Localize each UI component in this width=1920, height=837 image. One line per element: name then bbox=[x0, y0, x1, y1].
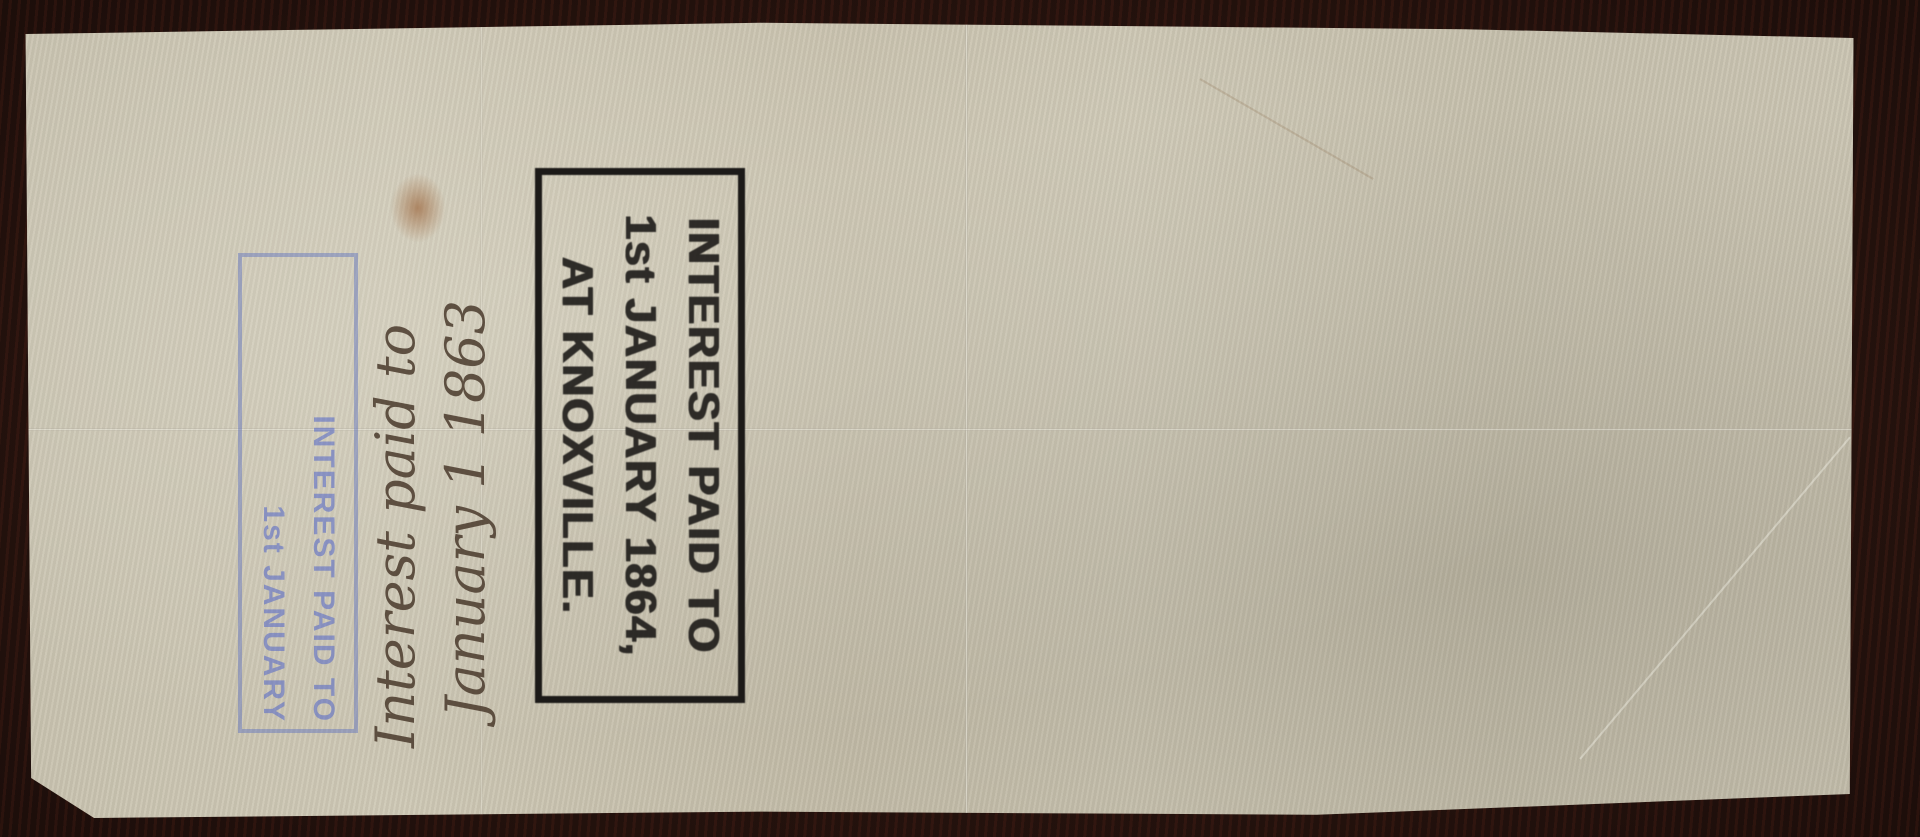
handwriting-line-1: Interest paid to bbox=[364, 158, 427, 758]
paper-note: ​ INTEREST PAID TO 1st JANUARY Interest … bbox=[20, 18, 1872, 818]
vertical-fold-line bbox=[965, 18, 968, 818]
blue-interest-stamp: INTEREST PAID TO 1st JANUARY bbox=[238, 253, 358, 733]
paper-crease bbox=[1200, 78, 1374, 180]
paper-crease bbox=[1579, 437, 1851, 760]
black-interest-stamp: INTEREST PAID TO 1st JANUARY 1864, AT KN… bbox=[535, 168, 745, 703]
stamp-line-1: INTEREST PAID TO bbox=[678, 217, 728, 653]
stamp-line-3: AT KNOXVILLE. bbox=[552, 257, 602, 615]
blue-stamp-line-2: 1st JANUARY bbox=[256, 505, 290, 723]
handwritten-endorsement: Interest paid to January 1 1863 bbox=[355, 148, 505, 768]
blue-stamp-line-1: INTEREST PAID TO bbox=[306, 415, 340, 723]
stamp-line-2: 1st JANUARY 1864, bbox=[615, 214, 665, 656]
handwriting-line-2: January 1 1863 bbox=[434, 158, 497, 758]
